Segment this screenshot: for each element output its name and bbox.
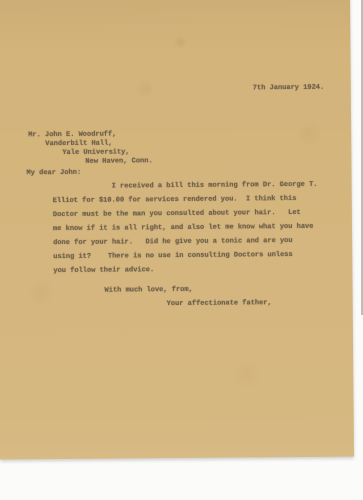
letter-date: 7th January 1924. <box>253 84 324 94</box>
scanned-letter-page: 7th January 1924. Mr. John E. Woodruff, … <box>0 0 363 500</box>
body-line: you follow their advice. <box>53 266 154 276</box>
recipient-address-line: New Haven, Conn. <box>85 157 152 167</box>
letter-paper: 7th January 1924. Mr. John E. Woodruff, … <box>0 0 354 460</box>
body-line: I received a bill this morning from Dr. … <box>112 181 318 192</box>
body-line: done for your hair. Did he give you a to… <box>53 237 293 248</box>
body-line: using it? There is no use in consulting … <box>53 251 293 262</box>
body-line: Elliot for $10.00 for services rendered … <box>53 195 297 206</box>
body-line: Doctor must be the man you consulted abo… <box>53 209 301 220</box>
salutation: My dear John: <box>26 169 81 178</box>
body-line: me know if it is all right, and also let… <box>53 223 314 234</box>
signature-line: Your affectionate father, <box>167 299 272 309</box>
closing-line: With much love, from, <box>105 286 193 296</box>
